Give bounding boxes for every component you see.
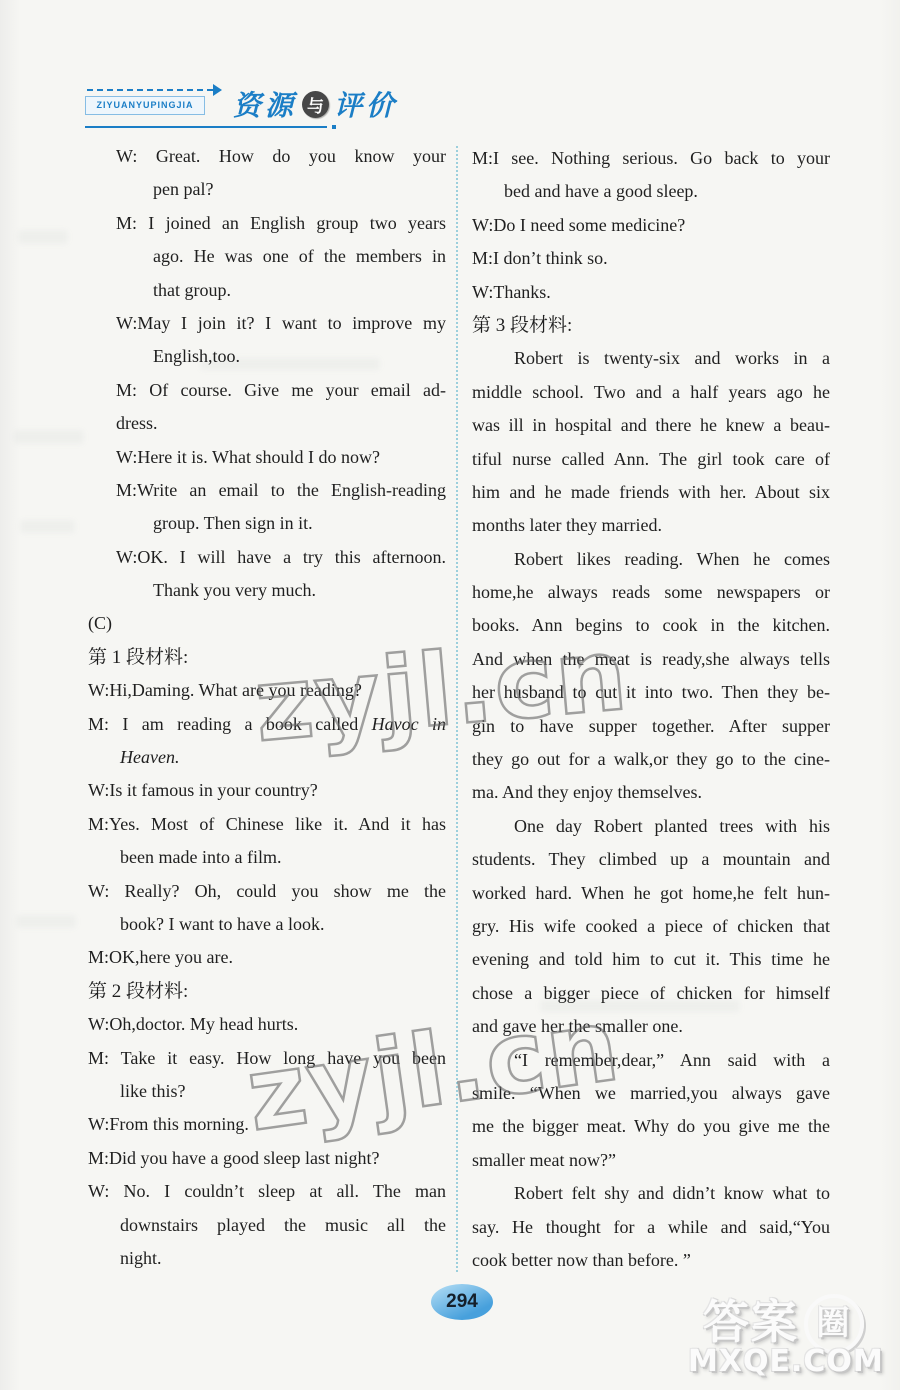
text-line-content: gin to have supper together. After suppe…	[472, 716, 830, 736]
text-line-content: been made into a film.	[120, 847, 281, 867]
text-line-content: 第 3 段材料:	[472, 315, 572, 336]
text-line: English,too.	[88, 340, 446, 373]
text-line-content: M: I am reading a book called Havoc in	[88, 714, 446, 734]
text-line: M:Yes. Most of Chinese like it. And it h…	[88, 808, 446, 841]
text-line: been made into a film.	[88, 841, 446, 874]
text-line-content: group. Then sign in it.	[153, 513, 313, 533]
text-line-content: say. He thought for a while and said,“Yo…	[472, 1217, 830, 1237]
text-line: M:I see. Nothing serious. Go back to you…	[472, 142, 830, 175]
text-line-content: W:Thanks.	[472, 282, 551, 302]
page-number-badge: 294	[431, 1284, 493, 1320]
text-line: worked hard. When he got home,he felt hu…	[472, 877, 830, 910]
text-line-content: W:Hi,Daming. What are you reading?	[88, 680, 362, 700]
text-line: W:Oh,doctor. My head hurts.	[88, 1008, 446, 1041]
text-line: me the bigger meat. Why do you give me t…	[472, 1110, 830, 1143]
text-line: that group.	[88, 274, 446, 307]
text-line-content: pen pal?	[153, 179, 213, 199]
text-line: Robert felt shy and didn’t know what to	[472, 1177, 830, 1210]
text-line-content: dress.	[116, 413, 158, 433]
text-line-content: M: Of course. Give me your email ad-	[116, 380, 446, 400]
text-line: students. They climbed up a mountain and	[472, 843, 830, 876]
text-line: M:Did you have a good sleep last night?	[88, 1142, 446, 1175]
book-page: ZIYUANYUPINGJIA 资源 与 评价 W: Great. How do…	[0, 0, 900, 1390]
text-line: dress.	[88, 407, 446, 440]
text-line: W:OK. I will have a try this afternoon.	[88, 541, 446, 574]
arrow-right-icon	[213, 84, 222, 96]
text-line: tiful nurse called Ann. The girl took ca…	[472, 443, 830, 476]
text-line: book? I want to have a look.	[88, 908, 446, 941]
text-line: middle school. Two and a half years ago …	[472, 376, 830, 409]
text-line-content: And when the meat is ready,she always te…	[472, 649, 830, 669]
text-line: W:Hi,Daming. What are you reading?	[88, 674, 446, 707]
text-line-content: downstairs played the music all the	[120, 1215, 446, 1235]
bleed-through-mark	[20, 520, 75, 533]
text-line-content: (C)	[88, 613, 112, 633]
text-line-content: W:May I join it? I want to improve my	[116, 313, 446, 333]
text-line-content: like this?	[120, 1081, 186, 1101]
text-line: Thank you very much.	[88, 574, 446, 607]
logo-romanized-badge: ZIYUANYUPINGJIA	[85, 96, 217, 114]
text-line: W:Here it is. What should I do now?	[88, 441, 446, 474]
text-line-content: W: No. I couldn’t sleep at all. The man	[88, 1181, 446, 1201]
text-line-content: W:From this morning.	[88, 1114, 249, 1134]
text-line: cook better now than before. ”	[472, 1244, 830, 1277]
text-line-content: Thank you very much.	[153, 580, 316, 600]
text-line-content: M:I don’t think so.	[472, 248, 608, 268]
text-line: W: Really? Oh, could you show me the	[88, 875, 446, 908]
text-line: gry. His wife cooked a piece of chicken …	[472, 910, 830, 943]
text-line-content: W: Great. How do you know your	[116, 146, 446, 166]
text-line: Robert likes reading. When he comes	[472, 543, 830, 576]
logo-title: 资源 与 评价	[233, 84, 398, 124]
text-line: and gave her the smaller one.	[472, 1010, 830, 1043]
text-line-content: cook better now than before. ”	[472, 1250, 691, 1270]
bleed-through-mark	[18, 230, 68, 244]
text-line-content: middle school. Two and a half years ago …	[472, 382, 830, 402]
text-line: M:OK,here you are.	[88, 941, 446, 974]
text-line: W:Thanks.	[472, 276, 830, 309]
text-line-content: W: Really? Oh, could you show me the	[88, 881, 446, 901]
text-line: “I remember,dear,” Ann said with a	[472, 1044, 830, 1077]
text-line-content: they go out for a walk,or they go to the…	[472, 749, 830, 769]
text-line-content: months later they married.	[472, 515, 662, 535]
text-line: pen pal?	[88, 173, 446, 206]
text-line-content: M:Yes. Most of Chinese like it. And it h…	[88, 814, 446, 834]
logo-title-right: 评价	[334, 84, 398, 124]
text-line: W:May I join it? I want to improve my	[88, 307, 446, 340]
text-line-content: evening and told him to cut it. This tim…	[472, 949, 830, 969]
text-line: Robert is twenty-six and works in a	[472, 342, 830, 375]
logo-title-left: 资源	[233, 84, 297, 124]
text-line: M: Of course. Give me your email ad-	[88, 374, 446, 407]
text-line-content: English,too.	[153, 346, 240, 366]
text-line-content: One day Robert planted trees with his	[514, 816, 830, 836]
text-line: her husband to cut it into two. Then the…	[472, 676, 830, 709]
text-line: One day Robert planted trees with his	[472, 810, 830, 843]
text-line-content: gry. His wife cooked a piece of chicken …	[472, 916, 830, 936]
text-line-content: W:OK. I will have a try this afternoon.	[116, 547, 446, 567]
text-line: 第 1 段材料:	[88, 641, 446, 674]
text-line: M: I am reading a book called Havoc in	[88, 708, 446, 741]
text-line: M: Take it easy. How long have you been	[88, 1042, 446, 1075]
text-line-content: M: I joined an English group two years	[116, 213, 446, 233]
text-line-content: tiful nurse called Ann. The girl took ca…	[472, 449, 830, 469]
text-line: months later they married.	[472, 509, 830, 542]
text-line-content: worked hard. When he got home,he felt hu…	[472, 883, 830, 903]
text-line: say. He thought for a while and said,“Yo…	[472, 1211, 830, 1244]
answer-brand-text: 答案	[703, 1295, 799, 1349]
text-line: W:Do I need some medicine?	[472, 209, 830, 242]
text-line-content: ago. He was one of the members in	[153, 246, 446, 266]
text-line-content: Heaven.	[120, 747, 179, 767]
text-line-content: chose a bigger piece of chicken for hims…	[472, 983, 830, 1003]
text-line-content: me the bigger meat. Why do you give me t…	[472, 1116, 830, 1136]
text-line-content: M:OK,here you are.	[88, 947, 233, 967]
text-line: W: Great. How do you know your	[88, 140, 446, 173]
text-line: downstairs played the music all the	[88, 1209, 446, 1242]
text-line-content: night.	[120, 1248, 162, 1268]
column-divider	[456, 146, 458, 1272]
text-line: smaller meat now?”	[472, 1144, 830, 1177]
brand-domain-watermark: MXQE.COM	[688, 1344, 884, 1379]
text-line-content: “I remember,dear,” Ann said with a	[514, 1050, 830, 1070]
text-line: W:Is it famous in your country?	[88, 774, 446, 807]
bleed-through-mark	[16, 915, 76, 928]
text-line-content: 第 1 段材料:	[88, 647, 188, 668]
text-line-content: Robert is twenty-six and works in a	[514, 348, 830, 368]
text-line: (C)	[88, 607, 446, 640]
text-line: like this?	[88, 1075, 446, 1108]
text-line-content: bed and have a good sleep.	[504, 181, 698, 201]
text-line: ago. He was one of the members in	[88, 240, 446, 273]
page-number: 294	[446, 1291, 478, 1313]
text-line: W: No. I couldn’t sleep at all. The man	[88, 1175, 446, 1208]
text-line: was ill in hospital and there he knew a …	[472, 409, 830, 442]
text-line: chose a bigger piece of chicken for hims…	[472, 977, 830, 1010]
text-line-content: her husband to cut it into two. Then the…	[472, 682, 830, 702]
text-line: evening and told him to cut it. This tim…	[472, 943, 830, 976]
text-line-content: smaller meat now?”	[472, 1150, 616, 1170]
text-line: 第 3 段材料:	[472, 309, 830, 342]
text-line-content: M: Take it easy. How long have you been	[88, 1048, 446, 1068]
text-line: night.	[88, 1242, 446, 1275]
text-line: Heaven.	[88, 741, 446, 774]
text-line-content: W:Oh,doctor. My head hurts.	[88, 1014, 298, 1034]
text-line-content: M:Write an email to the English-reading	[116, 480, 446, 500]
text-line-content: 第 2 段材料:	[88, 981, 188, 1002]
text-line-content: was ill in hospital and there he knew a …	[472, 415, 830, 435]
text-line-content: books. Ann begins to cook in the kitchen…	[472, 615, 830, 635]
text-line: bed and have a good sleep.	[472, 175, 830, 208]
text-line-content: Robert felt shy and didn’t know what to	[514, 1183, 830, 1203]
text-line: gin to have supper together. After suppe…	[472, 710, 830, 743]
text-line-content: W:Here it is. What should I do now?	[116, 447, 380, 467]
logo-underline	[85, 126, 327, 128]
text-line-content: M:Did you have a good sleep last night?	[88, 1148, 379, 1168]
text-line: smile. “When we married,you always gave	[472, 1077, 830, 1110]
text-line: ma. And they enjoy themselves.	[472, 776, 830, 809]
left-column: W: Great. How do you know your pen pal? …	[88, 140, 446, 1275]
text-line: home,he always reads some newspapers or	[472, 576, 830, 609]
text-line: M: I joined an English group two years	[88, 207, 446, 240]
text-line-content: M:I see. Nothing serious. Go back to you…	[472, 148, 830, 168]
text-line: W:From this morning.	[88, 1108, 446, 1141]
right-column: M:I see. Nothing serious. Go back to you…	[472, 142, 830, 1277]
dashed-line-icon	[87, 89, 213, 91]
text-line-content: ma. And they enjoy themselves.	[472, 782, 702, 802]
text-line: books. Ann begins to cook in the kitchen…	[472, 609, 830, 642]
text-line-content: home,he always reads some newspapers or	[472, 582, 830, 602]
publisher-logo: ZIYUANYUPINGJIA 资源 与 评价	[85, 84, 335, 130]
text-line: they go out for a walk,or they go to the…	[472, 743, 830, 776]
text-line-content: and gave her the smaller one.	[472, 1016, 683, 1036]
text-line: M:Write an email to the English-reading	[88, 474, 446, 507]
text-line-content: smile. “When we married,you always gave	[472, 1083, 830, 1103]
logo-romanized-text: ZIYUANYUPINGJIA	[85, 96, 205, 115]
text-line-content: him and he made friends with her. About …	[472, 482, 830, 502]
logo-yu-circle: 与	[302, 91, 329, 118]
text-line-content: Robert likes reading. When he comes	[514, 549, 830, 569]
text-line: him and he made friends with her. About …	[472, 476, 830, 509]
text-line: M:I don’t think so.	[472, 242, 830, 275]
text-line-content: W:Do I need some medicine?	[472, 215, 685, 235]
text-line: 第 2 段材料:	[88, 975, 446, 1008]
text-line-content: book? I want to have a look.	[120, 914, 324, 934]
text-line-content: students. They climbed up a mountain and	[472, 849, 830, 869]
text-line-content: that group.	[153, 280, 231, 300]
text-line: group. Then sign in it.	[88, 507, 446, 540]
text-line-content: W:Is it famous in your country?	[88, 780, 318, 800]
text-line: And when the meat is ready,she always te…	[472, 643, 830, 676]
bleed-through-mark	[14, 430, 84, 444]
